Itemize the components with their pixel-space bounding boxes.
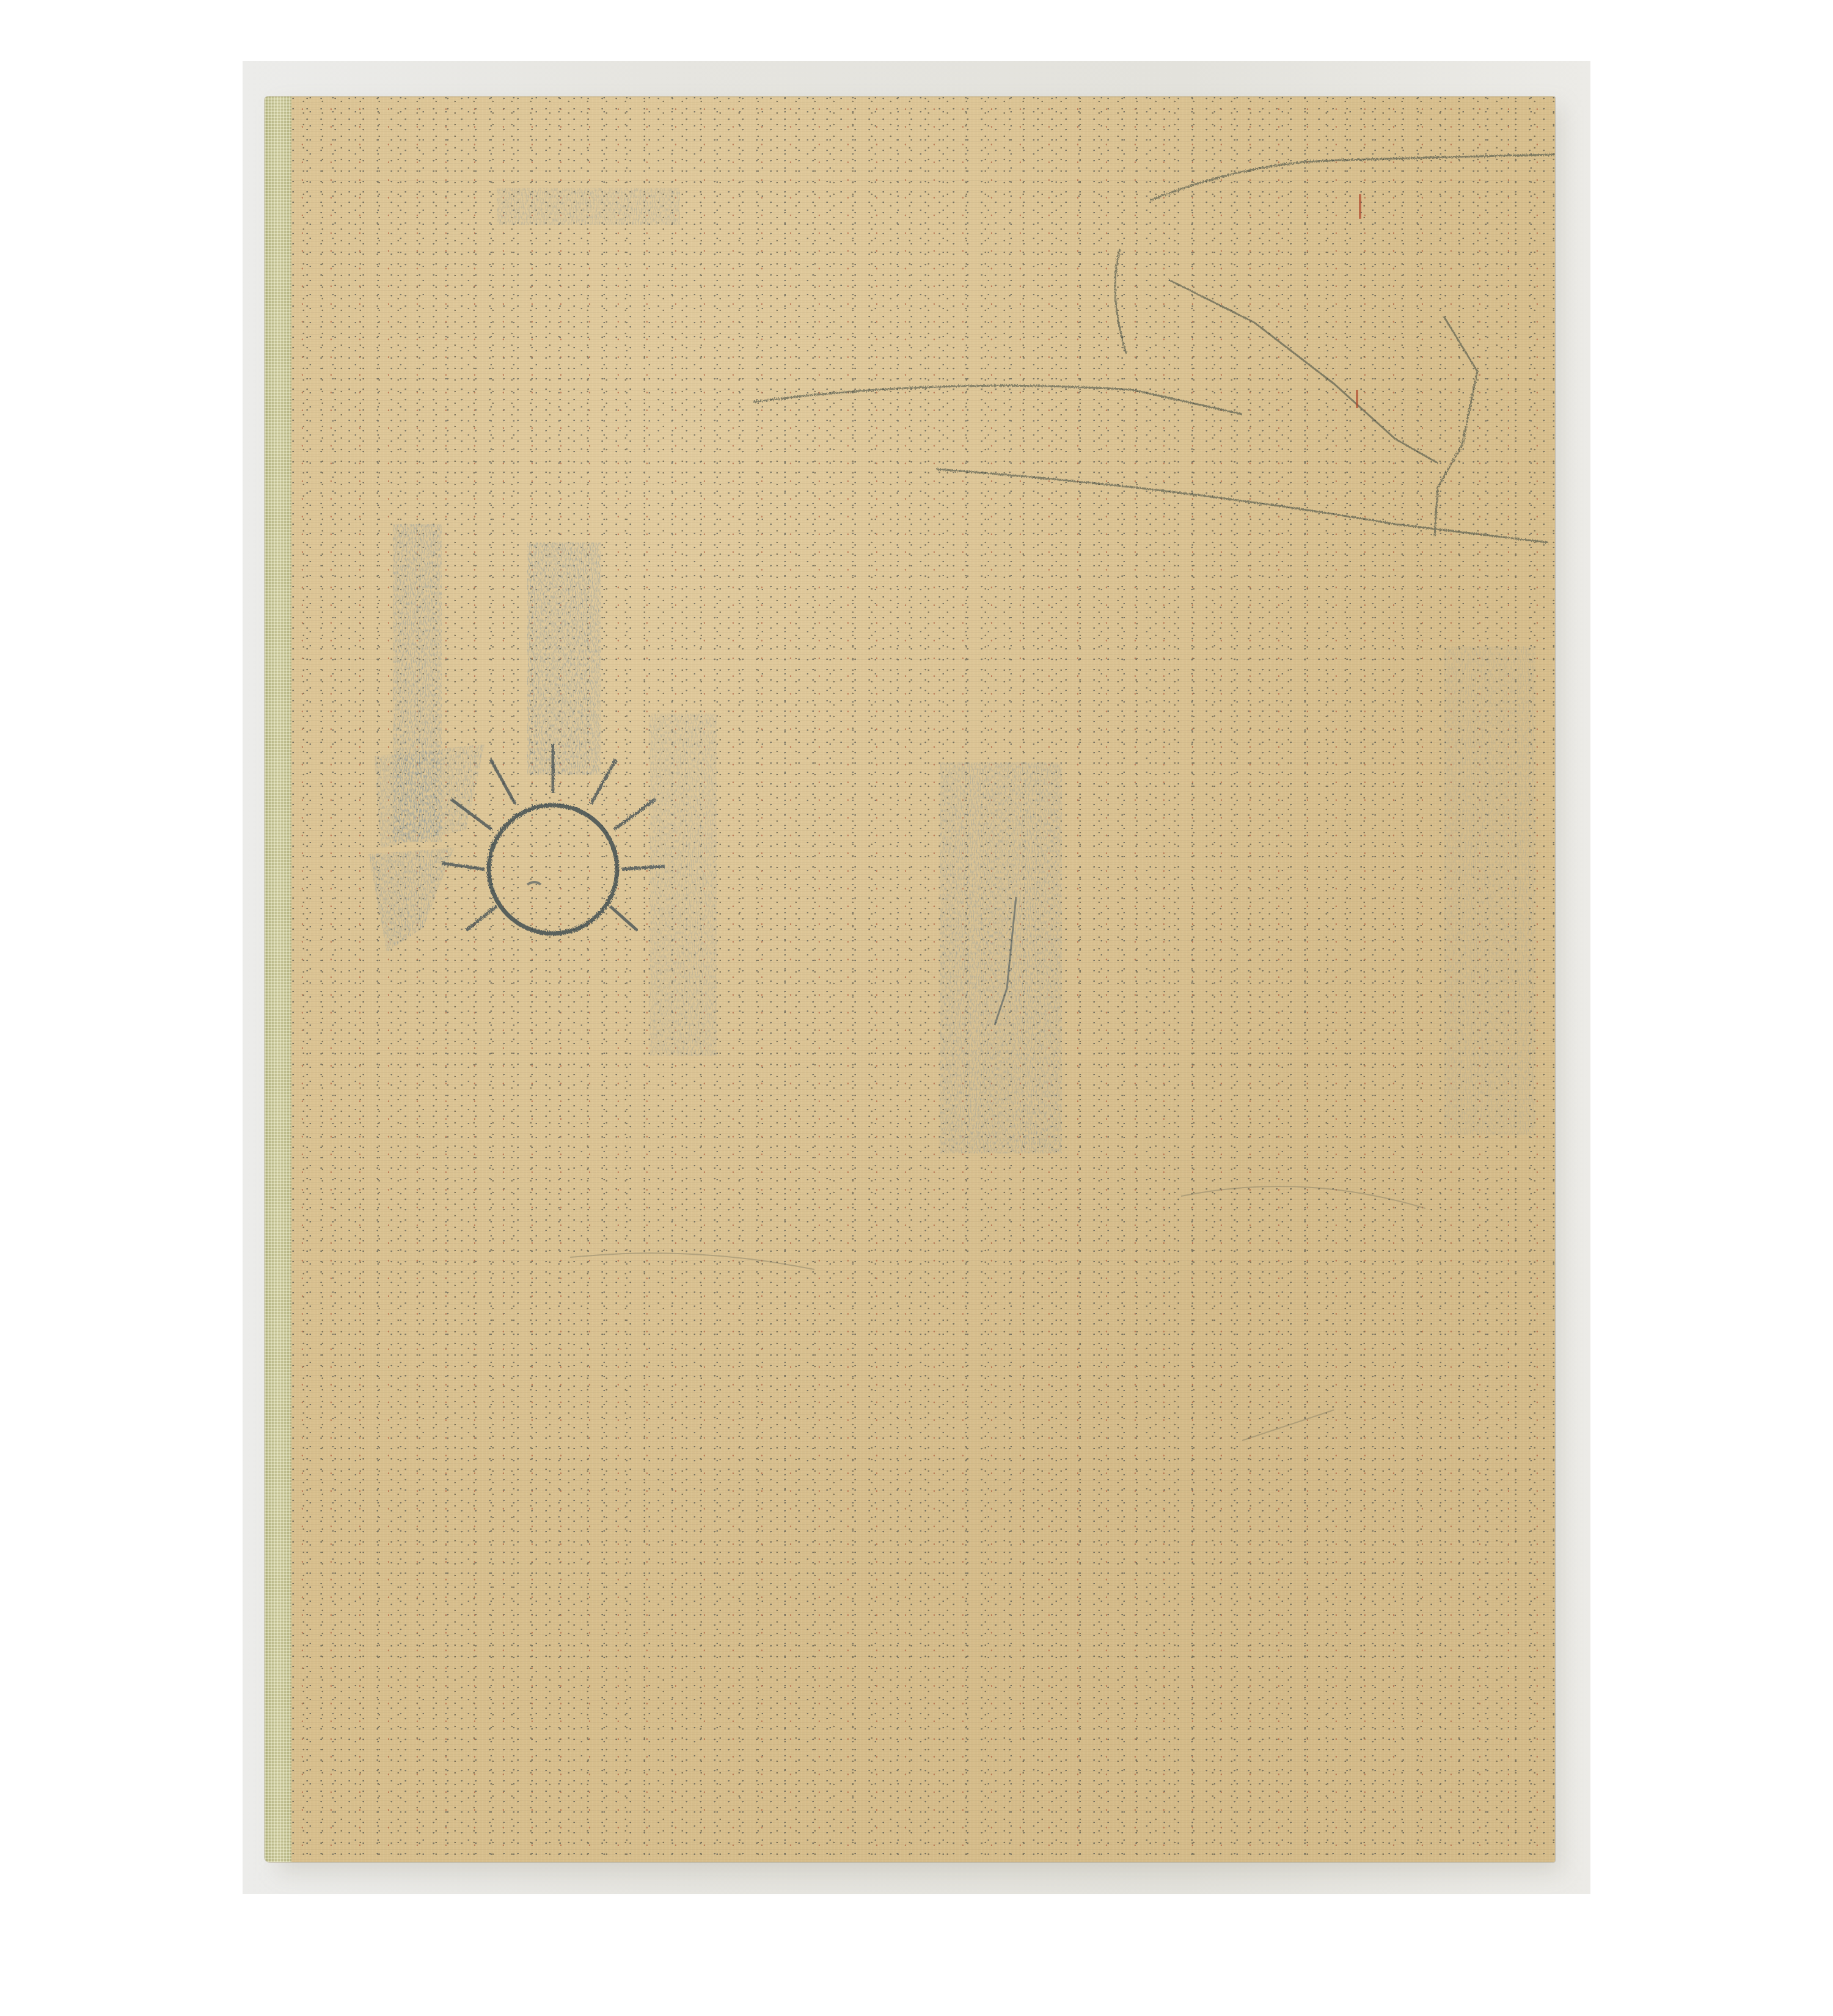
cloth-spine: [265, 97, 293, 1862]
book-cover: [291, 97, 1555, 1862]
book: [265, 97, 1555, 1862]
paper-speckle-texture: [291, 97, 1555, 1862]
